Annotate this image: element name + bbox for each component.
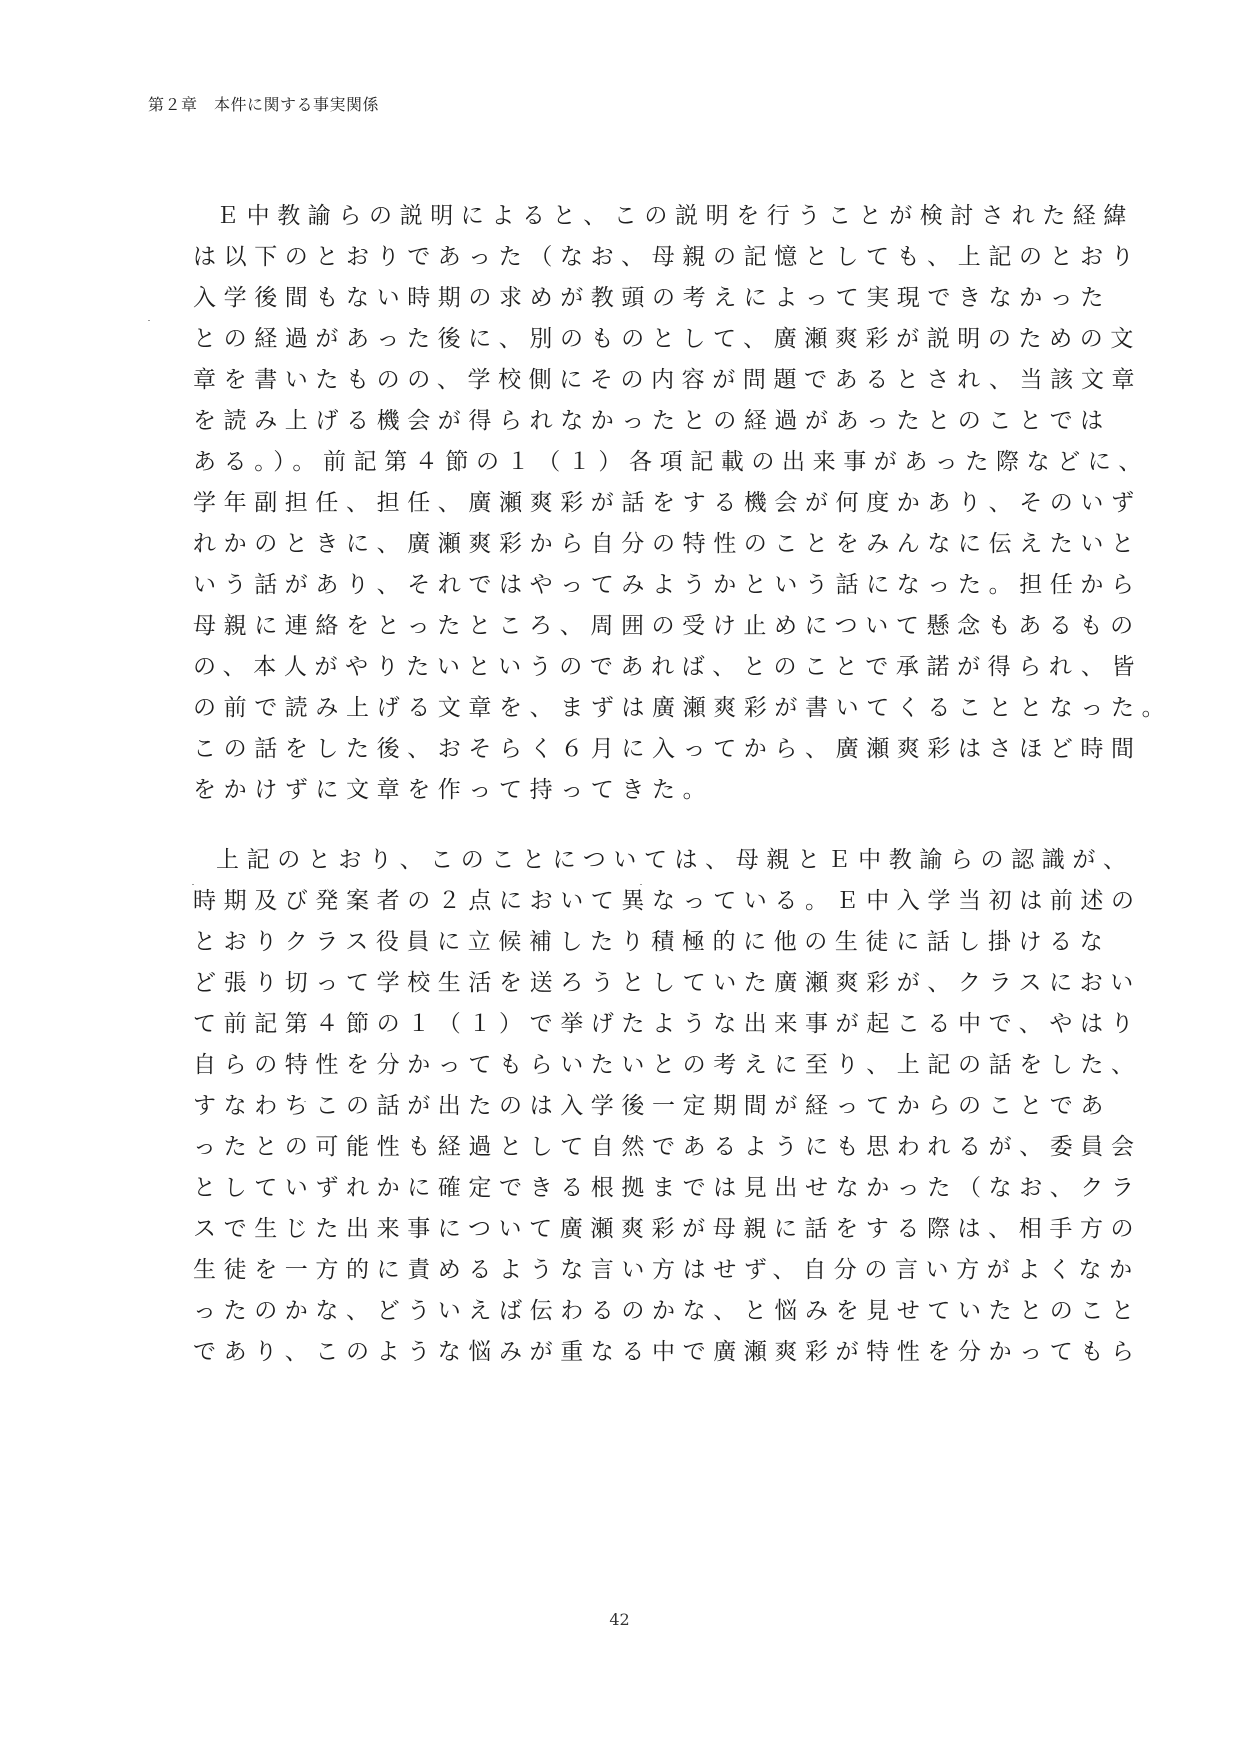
text-line: との経過があった後に、別のものとして、廣瀬爽彩が説明のための文 xyxy=(193,319,1036,360)
text-line: 入学後間もない時期の求めが教頭の考えによって実現できなかった xyxy=(193,278,1036,319)
text-line: すなわちこの話が出たのは入学後一定期間が経ってからのことであ xyxy=(193,1086,1036,1127)
text-line: 学年副担任、担任、廣瀬爽彩が話をする機会が何度かあり、そのいず xyxy=(193,483,1036,524)
paragraph-spacer xyxy=(216,811,1036,840)
running-header: 第２章 本件に関する事実関係 xyxy=(148,92,379,115)
text-line: の前で読み上げる文章を、まずは廣瀬爽彩が書いてくることとなった。 xyxy=(193,688,1036,729)
text-line: スで生じた出来事について廣瀬爽彩が母親に話をする際は、相手方の xyxy=(193,1209,1036,1250)
text-line: であり、このような悩みが重なる中で廣瀬爽彩が特性を分かってもら xyxy=(193,1332,1036,1373)
text-line: は以下のとおりであった（なお、母親の記憶としても、上記のとおり xyxy=(193,237,1036,278)
text-line: 生徒を一方的に責めるような言い方はせず、自分の言い方がよくなか xyxy=(193,1250,1036,1291)
page-number: 42 xyxy=(0,1610,1239,1629)
scan-artifact xyxy=(192,884,194,885)
text-line: 章を書いたものの、学校側にその内容が問題であるとされ、当該文章 xyxy=(193,360,1036,401)
paragraph-2: 上記のとおり、このことについては、母親とＥ中教諭らの認識が、 時期及び発案者の２… xyxy=(216,840,1036,1373)
text-line: 上記のとおり、このことについては、母親とＥ中教諭らの認識が、 xyxy=(216,840,1036,881)
text-line: の、本人がやりたいというのであれば、とのことで承諾が得られ、皆 xyxy=(193,647,1036,688)
text-line: ったのかな、どういえば伝わるのかな、と悩みを見せていたとのこと xyxy=(193,1291,1036,1332)
scan-artifact xyxy=(148,320,150,321)
text-line: Ｅ中教諭らの説明によると、この説明を行うことが検討された経緯 xyxy=(216,196,1036,237)
scan-artifact xyxy=(640,884,642,885)
scan-artifact xyxy=(304,1101,306,1102)
text-line: としていずれかに確定できる根拠までは見出せなかった（なお、クラ xyxy=(193,1168,1036,1209)
text-line: を読み上げる機会が得られなかったとの経過があったとのことでは xyxy=(193,401,1036,442)
text-line: この話をした後、おそらく６月に入ってから、廣瀬爽彩はさほど時間 xyxy=(193,729,1036,770)
text-line: 母親に連絡をとったところ、周囲の受け止めについて懸念もあるもの xyxy=(193,606,1036,647)
document-page: 第２章 本件に関する事実関係 Ｅ中教諭らの説明によると、この説明を行うことが検討… xyxy=(0,0,1239,1754)
text-line: ったとの可能性も経過として自然であるようにも思われるが、委員会 xyxy=(193,1127,1036,1168)
text-line: ある。）。前記第４節の１（１）各項記載の出来事があった際などに、 xyxy=(193,442,1036,483)
text-line: とおりクラス役員に立候補したり積極的に他の生徒に話し掛けるな xyxy=(193,922,1036,963)
text-line: いう話があり、それではやってみようかという話になった。担任から xyxy=(193,565,1036,606)
paragraph-1: Ｅ中教諭らの説明によると、この説明を行うことが検討された経緯 は以下のとおりであ… xyxy=(216,196,1036,811)
text-line: ど張り切って学校生活を送ろうとしていた廣瀬爽彩が、クラスにおい xyxy=(193,963,1036,1004)
text-line: 自らの特性を分かってもらいたいとの考えに至り、上記の話をした、 xyxy=(193,1045,1036,1086)
text-line: 時期及び発案者の２点において異なっている。Ｅ中入学当初は前述の xyxy=(193,881,1036,922)
text-line: れかのときに、廣瀬爽彩から自分の特性のことをみんなに伝えたいと xyxy=(193,524,1036,565)
text-line: て前記第４節の１（１）で挙げたような出来事が起こる中で、やはり xyxy=(193,1004,1036,1045)
text-line: をかけずに文章を作って持ってきた。 xyxy=(193,770,1036,811)
body-text: Ｅ中教諭らの説明によると、この説明を行うことが検討された経緯 は以下のとおりであ… xyxy=(216,196,1036,1373)
